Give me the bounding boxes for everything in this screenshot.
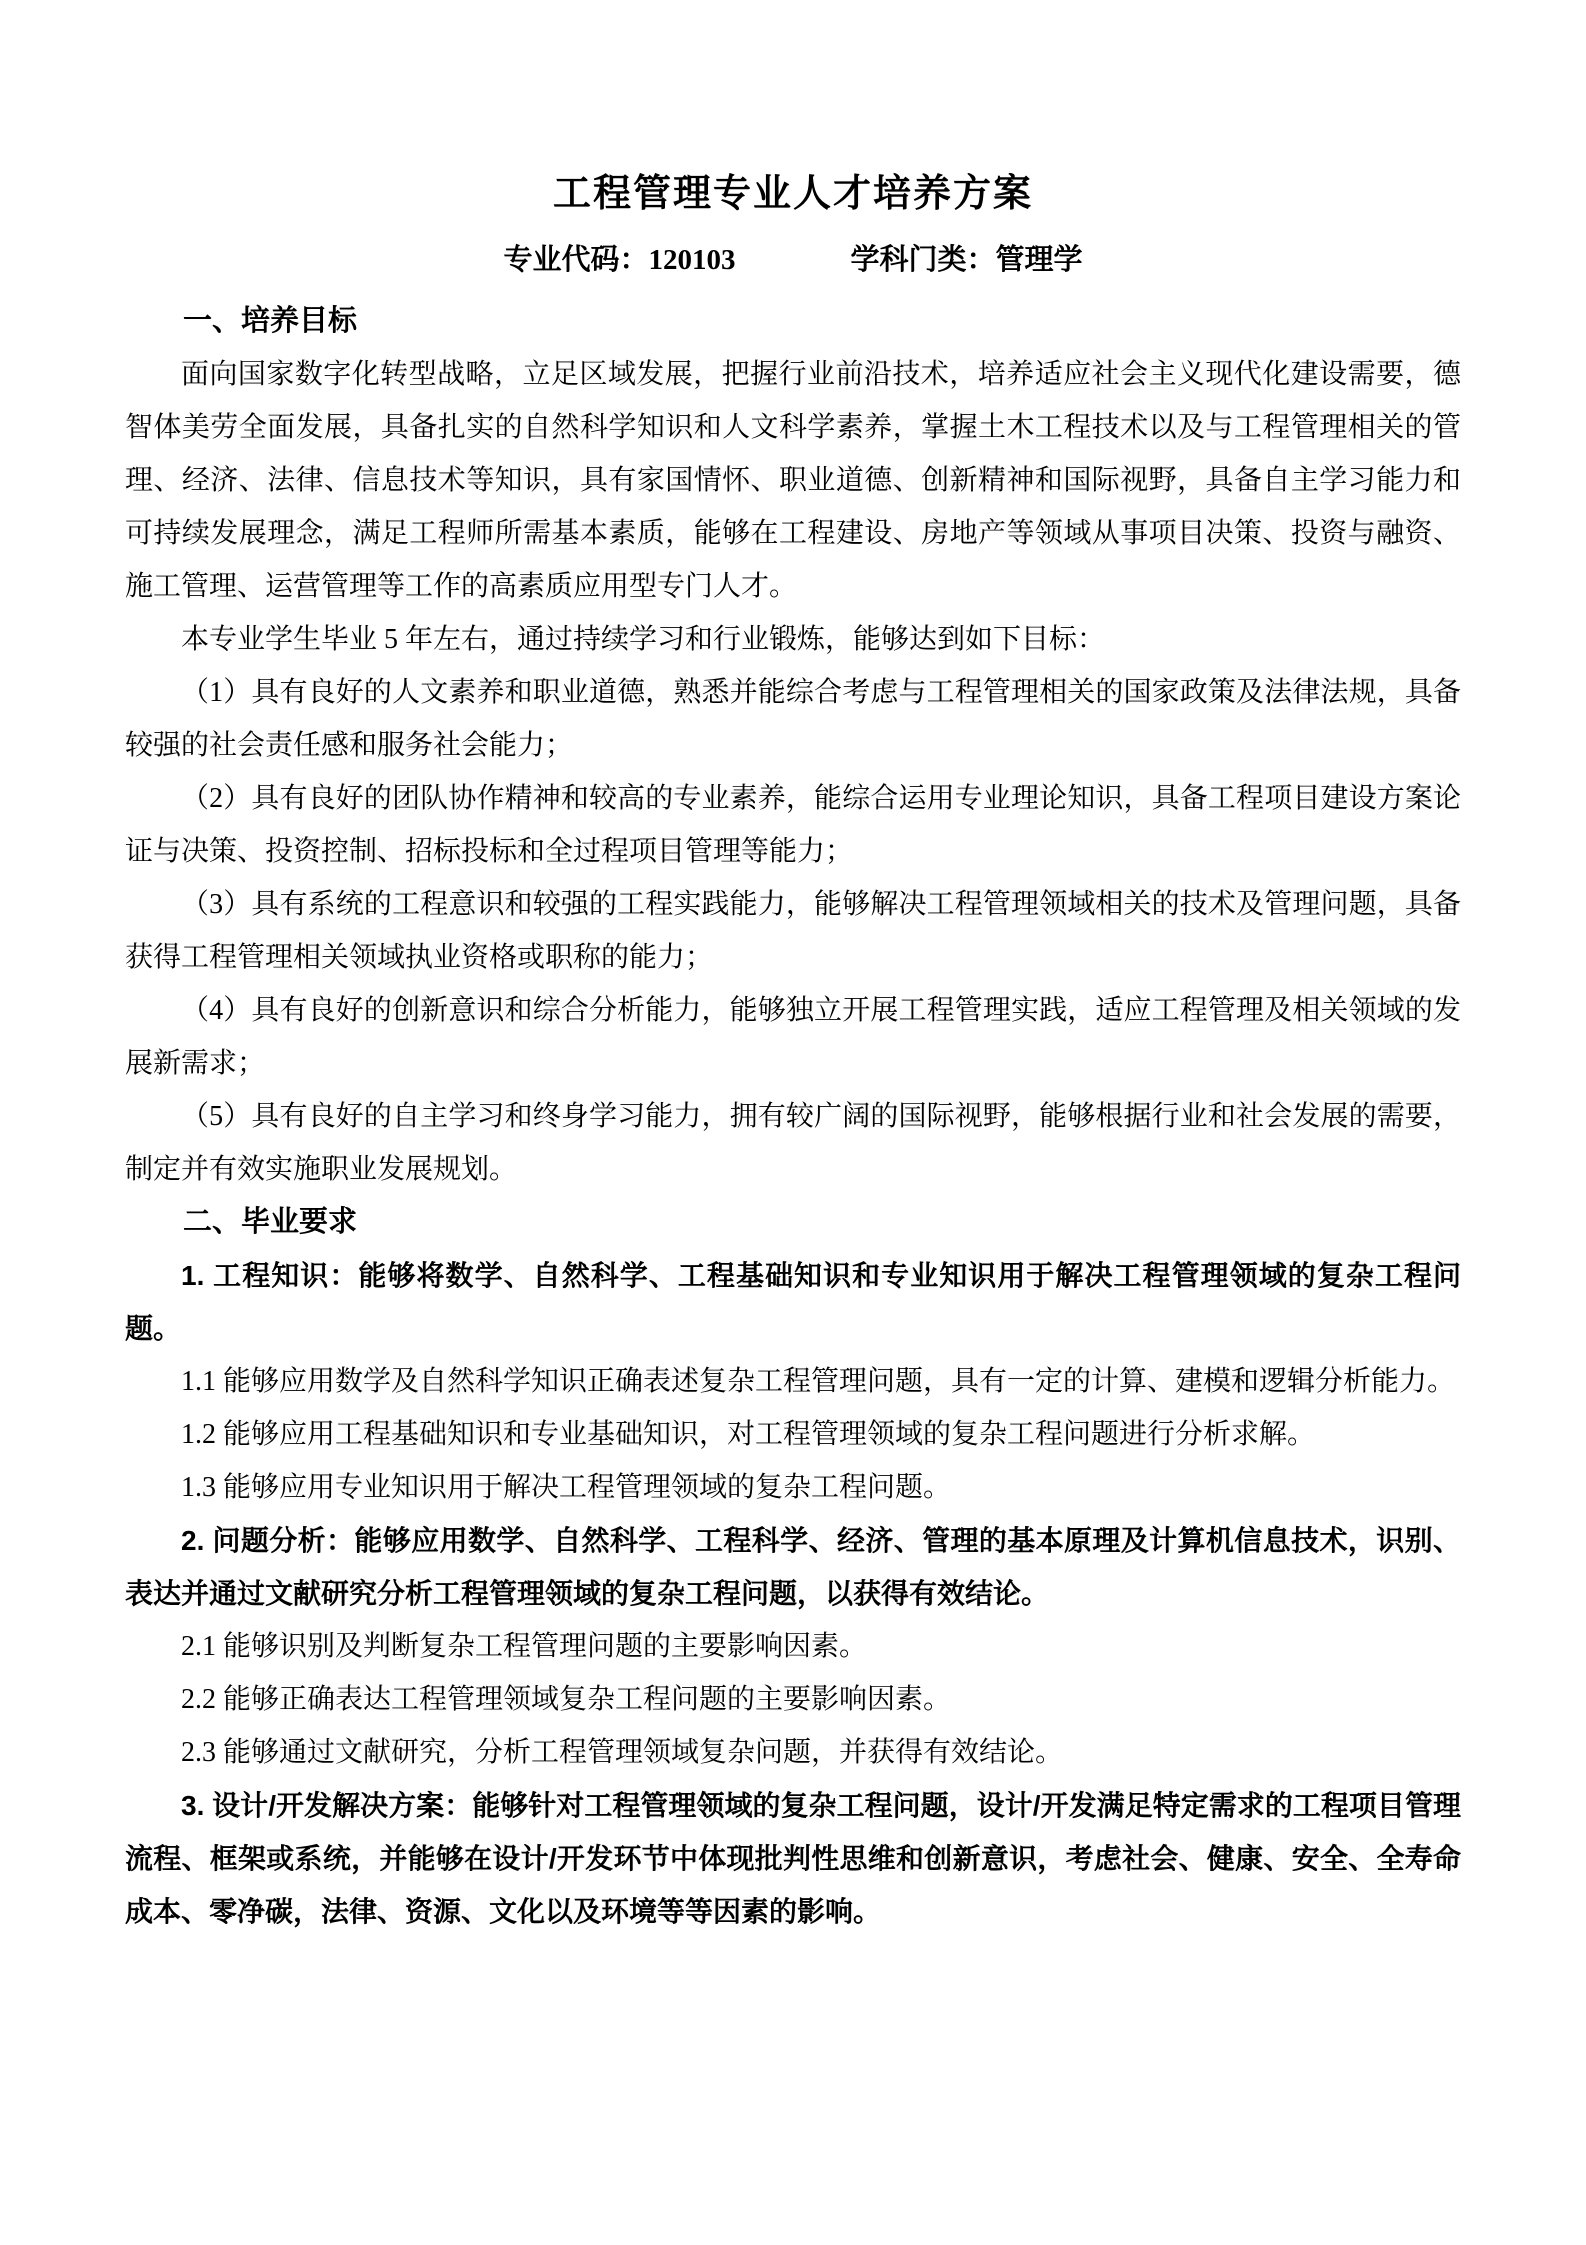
requirement-1-2: 1.2 能够应用工程基础知识和专业基础知识，对工程管理领域的复杂工程问题进行分析…: [125, 1408, 1461, 1461]
requirement-2-1: 2.1 能够识别及判断复杂工程管理问题的主要影响因素。: [125, 1620, 1461, 1673]
goal-item-2: （2）具有良好的团队协作精神和较高的专业素养，能综合运用专业理论知识，具备工程项…: [125, 772, 1461, 878]
paragraph-five-year-goals-intro: 本专业学生毕业 5 年左右，通过持续学习和行业锻炼，能够达到如下目标：: [125, 613, 1461, 666]
requirement-1-engineering-knowledge: 1. 工程知识：能够将数学、自然科学、工程基础知识和专业知识用于解决工程管理领域…: [125, 1249, 1461, 1355]
requirement-2-problem-analysis: 2. 问题分析：能够应用数学、自然科学、工程科学、经济、管理的基本原理及计算机信…: [125, 1514, 1461, 1620]
document-title: 工程管理专业人才培养方案: [125, 168, 1461, 220]
goal-item-1: （1）具有良好的人文素养和职业道德，熟悉并能综合考虑与工程管理相关的国家政策及法…: [125, 666, 1461, 772]
discipline-category: 学科门类：管理学: [851, 234, 1083, 287]
requirement-1-1: 1.1 能够应用数学及自然科学知识正确表述复杂工程管理问题，具有一定的计算、建模…: [125, 1355, 1461, 1408]
goal-item-5: （5）具有良好的自主学习和终身学习能力，拥有较广阔的国际视野，能够根据行业和社会…: [125, 1090, 1461, 1196]
document-meta: 专业代码：120103 学科门类：管理学: [125, 234, 1461, 287]
requirement-2-3: 2.3 能够通过文献研究，分析工程管理领域复杂问题，并获得有效结论。: [125, 1726, 1461, 1779]
major-code: 专业代码：120103: [503, 234, 735, 287]
section-heading-graduation-requirements: 二、毕业要求: [125, 1196, 1461, 1249]
requirement-2-2: 2.2 能够正确表达工程管理领域复杂工程问题的主要影响因素。: [125, 1673, 1461, 1726]
document-page: 工程管理专业人才培养方案 专业代码：120103 学科门类：管理学 一、培养目标…: [0, 0, 1586, 2245]
paragraph-overview: 面向国家数字化转型战略，立足区域发展，把握行业前沿技术，培养适应社会主义现代化建…: [125, 348, 1461, 613]
requirement-3-design-develop-solutions: 3. 设计/开发解决方案：能够针对工程管理领域的复杂工程问题，设计/开发满足特定…: [125, 1779, 1461, 1938]
goal-item-3: （3）具有系统的工程意识和较强的工程实践能力，能够解决工程管理领域相关的技术及管…: [125, 878, 1461, 984]
section-heading-training-objectives: 一、培养目标: [125, 295, 1461, 348]
goal-item-4: （4）具有良好的创新意识和综合分析能力，能够独立开展工程管理实践，适应工程管理及…: [125, 984, 1461, 1090]
requirement-1-3: 1.3 能够应用专业知识用于解决工程管理领域的复杂工程问题。: [125, 1461, 1461, 1514]
